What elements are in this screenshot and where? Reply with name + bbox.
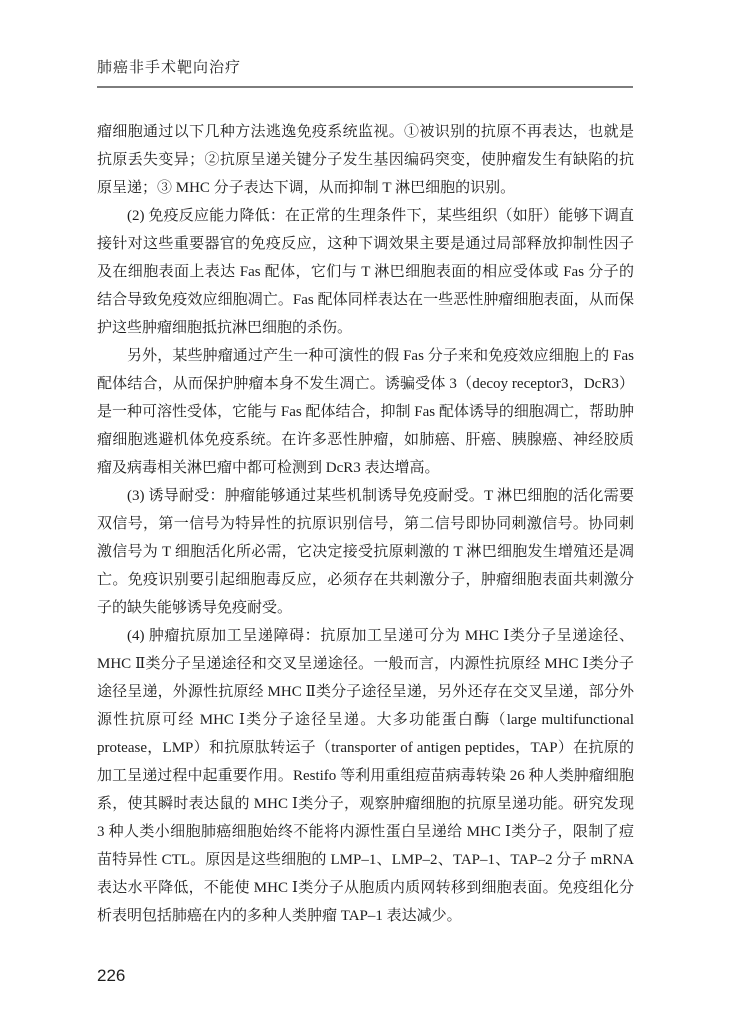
body-paragraph: 瘤细胞通过以下几种方法逃逸免疫系统监视。①被识别的抗原不再表达，也就是抗原丢失变… [97,118,634,202]
body-text-block: 瘤细胞通过以下几种方法逃逸免疫系统监视。①被识别的抗原不再表达，也就是抗原丢失变… [97,118,634,930]
body-paragraph: 另外，某些肿瘤通过产生一种可演性的假 Fas 分子来和免疫效应细胞上的 Fas … [97,342,634,482]
document-page: 肺癌非手术靶向治疗 瘤细胞通过以下几种方法逃逸免疫系统监视。①被识别的抗原不再表… [0,0,730,1026]
page-number: 226 [97,966,125,986]
body-paragraph: (2) 免疫反应能力降低：在正常的生理条件下，某些组织（如肝）能够下调直接针对这… [97,202,634,342]
body-paragraph: (3) 诱导耐受：肿瘤能够通过某些机制诱导免疫耐受。T 淋巴细胞的活化需要双信号… [97,482,634,622]
body-paragraph: (4) 肿瘤抗原加工呈递障碍：抗原加工呈递可分为 MHC Ⅰ类分子呈递途径、MH… [97,622,634,930]
header-rule [97,86,633,88]
running-header-title: 肺癌非手术靶向治疗 [97,56,633,77]
